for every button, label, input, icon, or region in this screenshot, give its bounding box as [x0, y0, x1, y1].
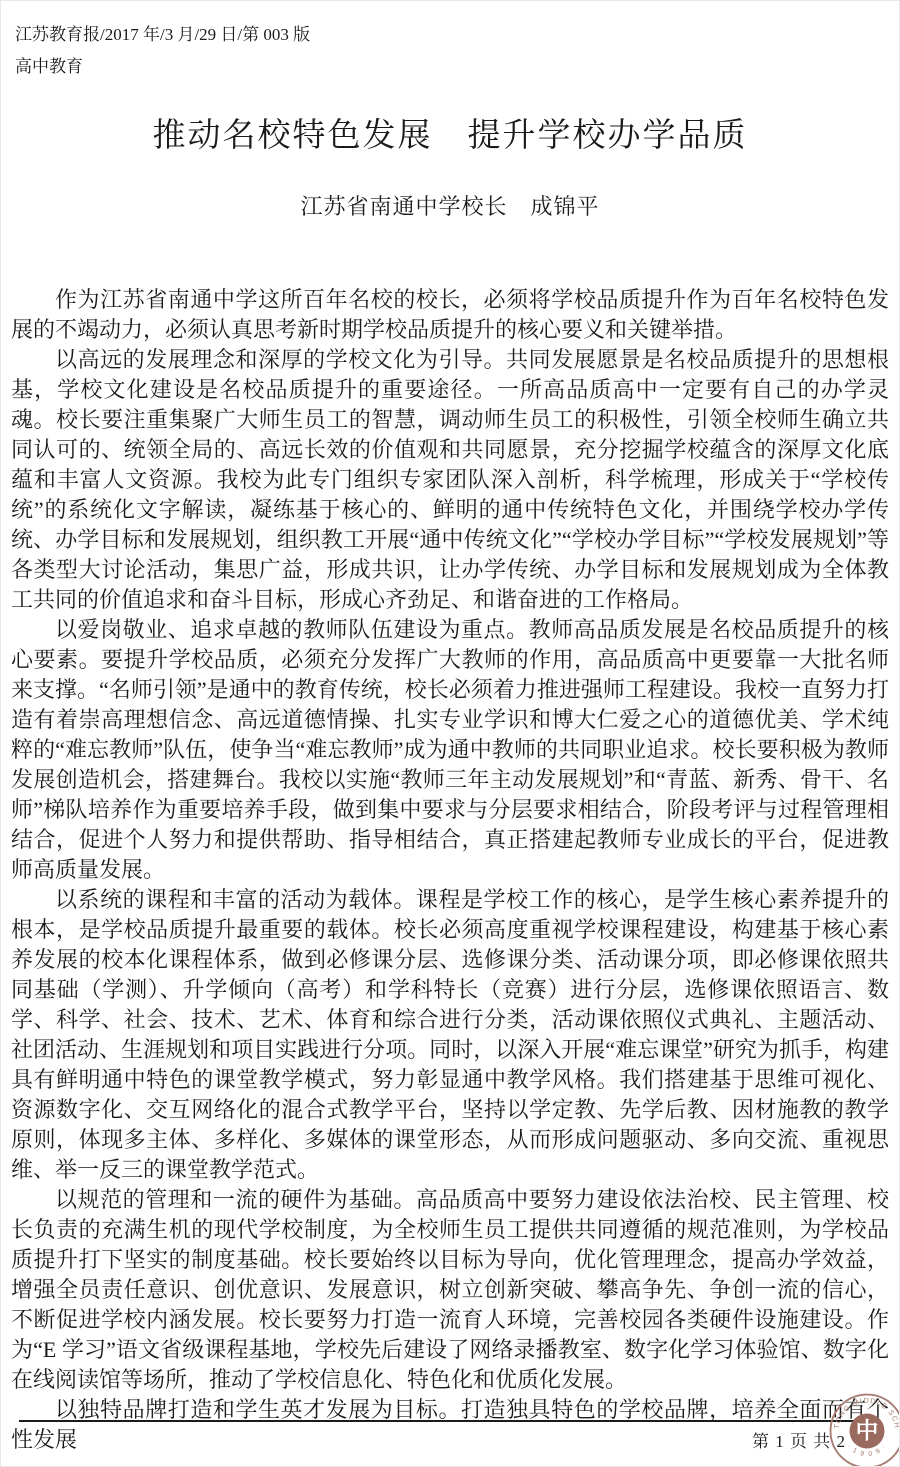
article-byline: 江苏省南通中学校长 成锦平 — [1, 190, 899, 221]
article-body: 作为江苏省南通中学这所百年名校的校长，必须将学校品质提升作为百年名校特色发展的不… — [1, 285, 899, 1455]
section-line: 高中教育 — [15, 51, 899, 83]
paragraph-5: 以规范的管理和一流的硬件为基础。高品质高中要努力建设依法治校、民主管理、校长负责… — [11, 1185, 889, 1395]
school-seal-icon: NANTONG MIDDLE SCHOOL · 1 9 0 9 · 中 — [829, 1393, 900, 1467]
masthead: 江苏教育报/2017 年/3 月/29 日/第 003 版 高中教育 — [15, 19, 899, 83]
seal-center-glyph: 中 — [856, 1419, 879, 1444]
footer: 第 1 页 共 2 — [19, 1420, 854, 1452]
paragraph-3: 以爱岗敬业、追求卓越的教师队伍建设为重点。教师高品质发展是名校品质提升的核心要素… — [11, 615, 889, 885]
source-line: 江苏教育报/2017 年/3 月/29 日/第 003 版 — [15, 19, 899, 51]
paragraph-4: 以系统的课程和丰富的活动为载体。课程是学校工作的核心，是学生核心素养提升的根本，… — [11, 885, 889, 1185]
footer-rule — [19, 1420, 854, 1422]
paragraph-2: 以高远的发展理念和深厚的学校文化为引导。共同发展愿景是名校品质提升的思想根基，学… — [11, 345, 889, 615]
paragraph-1: 作为江苏省南通中学这所百年名校的校长，必须将学校品质提升作为百年名校特色发展的不… — [11, 285, 889, 345]
article-title: 推动名校特色发展 提升学校办学品质 — [1, 109, 899, 156]
page-indicator: 第 1 页 共 2 — [19, 1427, 854, 1452]
document-page: 江苏教育报/2017 年/3 月/29 日/第 003 版 高中教育 推动名校特… — [0, 0, 900, 1467]
seal-graphic: NANTONG MIDDLE SCHOOL · 1 9 0 9 · 中 — [829, 1393, 900, 1467]
